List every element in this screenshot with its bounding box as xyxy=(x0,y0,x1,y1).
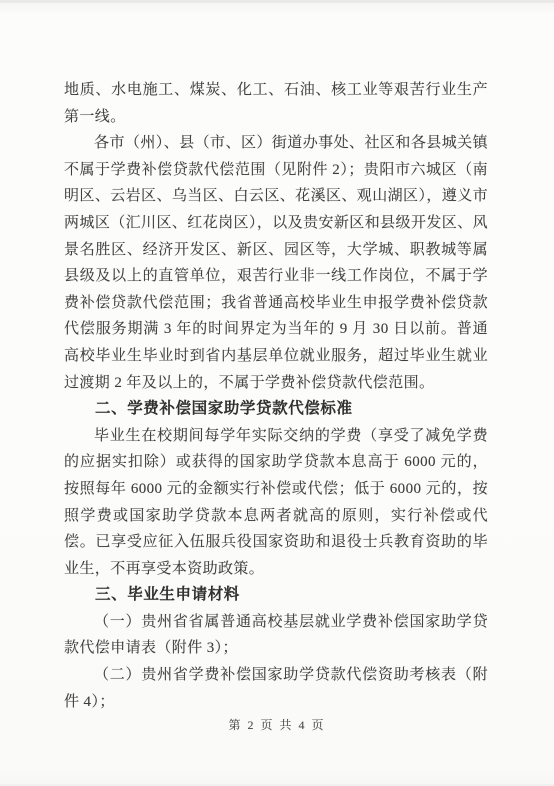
page-number: 第 2 页 共 4 页 xyxy=(0,716,554,734)
scanned-document: { "colors": { "page_background": "#fcfcf… xyxy=(0,0,554,786)
paragraph-industry-continuation: 地质、水电施工、煤炭、化工、石油、核工业等艰苦行业生产第一线。 xyxy=(64,77,488,130)
paragraph-compensation-standard: 毕业生在校期间每学年实际交纳的学费（享受了减免学费的应据实扣除）或获得的国家助学… xyxy=(64,423,488,583)
paragraph-compensation-scope: 各市（州）、县（市、区）街道办事处、社区和各县城关镇不属于学费补偿贷款代偿范围（… xyxy=(64,130,488,396)
section-heading-compensation-standard: 二、学费补偿国家助学贷款代偿标准 xyxy=(64,396,488,423)
paragraph-attachment-3: （一）贵州省省属普通高校基层就业学费补偿国家助学贷款代偿申请表（附件 3）； xyxy=(64,609,488,662)
scan-edge-artifact-top xyxy=(0,0,554,3)
paragraph-attachment-4: （二）贵州省学费补偿国家助学贷款代偿资助考核表（附件 4）； xyxy=(64,662,488,715)
section-heading-application-materials: 三、毕业生申请材料 xyxy=(64,582,488,609)
document-page: 地质、水电施工、煤炭、化工、石油、核工业等艰苦行业生产第一线。 各市（州）、县（… xyxy=(64,77,488,715)
